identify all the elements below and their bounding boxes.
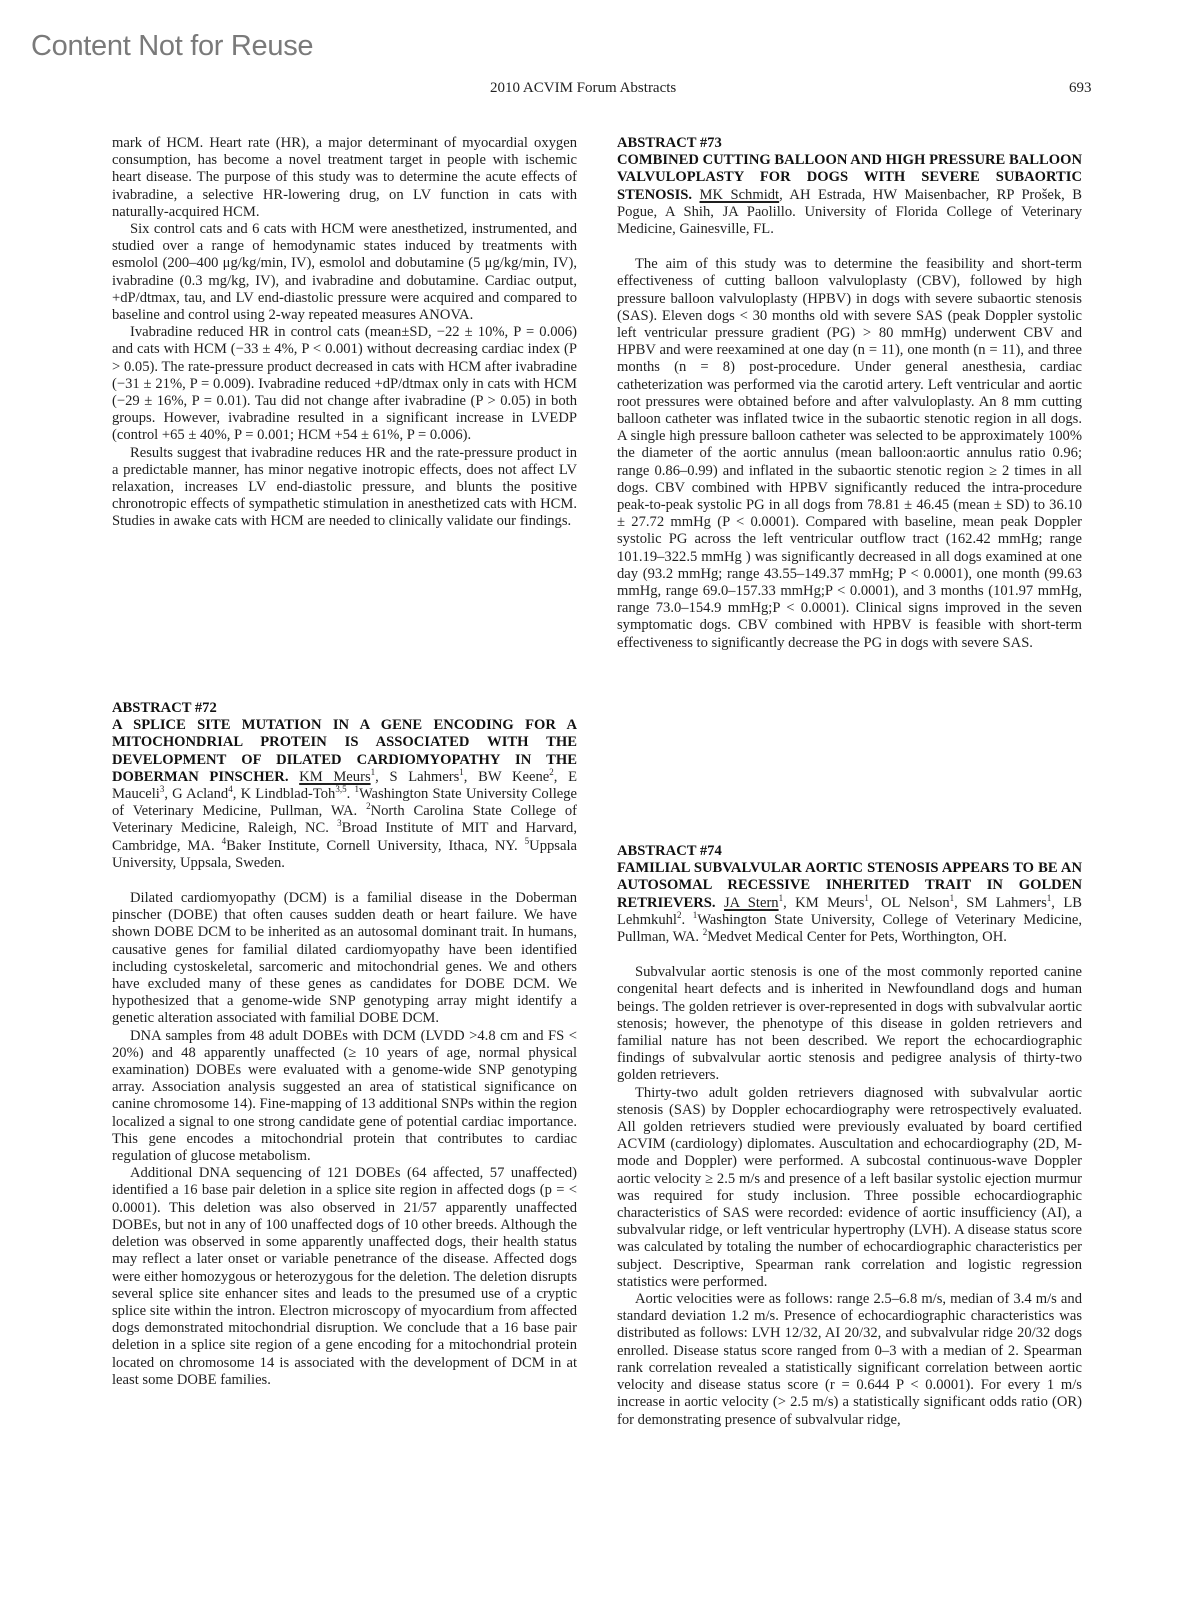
- paragraph: The aim of this study was to determine t…: [617, 256, 1082, 652]
- affiliation-marker: 1: [864, 893, 869, 903]
- affiliation-marker: 2: [677, 910, 682, 920]
- presenting-author: JA Stern: [724, 895, 779, 911]
- continued-abstract: mark of HCM. Heart rate (HR), a major de…: [112, 135, 577, 531]
- affiliation-marker: 1: [950, 893, 955, 903]
- affiliation: Baker Institute, Cornell University, Ith…: [226, 838, 518, 854]
- affiliation-marker: 1: [371, 767, 376, 777]
- paragraph: mark of HCM. Heart rate (HR), a major de…: [112, 135, 577, 221]
- author: OL Nelson: [881, 895, 950, 911]
- affiliation-marker: 3,5: [335, 784, 346, 794]
- affiliation-marker: 2: [549, 767, 554, 777]
- paragraph: DNA samples from 48 adult DOBEs with DCM…: [112, 1028, 577, 1166]
- paragraph: Thirty-two adult golden retrievers diagn…: [617, 1085, 1082, 1291]
- affiliation: Medvet Medical Center for Pets, Worthing…: [707, 929, 1007, 945]
- abstract-73: ABSTRACT #73 COMBINED CUTTING BALLOON AN…: [617, 135, 1082, 652]
- abstract-heading: A SPLICE SITE MUTATION IN A GENE ENCODIN…: [112, 717, 577, 872]
- paragraph: Results suggest that ivabradine reduces …: [112, 445, 577, 531]
- author: SM Lahmers: [966, 895, 1047, 911]
- watermark: Content Not for Reuse: [31, 30, 313, 63]
- author: G Acland: [172, 786, 228, 802]
- abstract-74: ABSTRACT #74 FAMILIAL SUBVALVULAR AORTIC…: [617, 843, 1082, 1429]
- author: K Lindblad-Toh: [241, 786, 336, 802]
- paragraph: Dilated cardiomyopathy (DCM) is a famili…: [112, 890, 577, 1028]
- abstract-number: ABSTRACT #73: [617, 135, 1082, 152]
- affiliation-marker: 1: [459, 767, 464, 777]
- affiliation-marker: 1: [1047, 893, 1052, 903]
- affiliation-marker: 4: [228, 784, 233, 794]
- abstract-72: ABSTRACT #72 A SPLICE SITE MUTATION IN A…: [112, 700, 577, 1389]
- running-header: 2010 ACVIM Forum Abstracts 693: [0, 80, 1200, 100]
- author: KM Meurs: [795, 895, 864, 911]
- presenting-author: KM Meurs: [299, 769, 370, 785]
- author: S Lahmers: [389, 769, 459, 785]
- abstract-number: ABSTRACT #72: [112, 700, 577, 717]
- presenting-author: MK Schmidt: [700, 187, 780, 203]
- journal-title: 2010 ACVIM Forum Abstracts: [490, 80, 676, 97]
- abstract-heading: FAMILIAL SUBVALVULAR AORTIC STENOSIS APP…: [617, 860, 1082, 946]
- paragraph: Ivabradine reduced HR in control cats (m…: [112, 324, 577, 444]
- affiliation-marker: 1: [779, 893, 784, 903]
- abstract-number: ABSTRACT #74: [617, 843, 1082, 860]
- paragraph: Subvalvular aortic stenosis is one of th…: [617, 964, 1082, 1084]
- page-number: 693: [1069, 80, 1092, 97]
- paragraph: Additional DNA sequencing of 121 DOBEs (…: [112, 1165, 577, 1389]
- abstract-heading: COMBINED CUTTING BALLOON AND HIGH PRESSU…: [617, 152, 1082, 238]
- affiliation-marker: 3: [160, 784, 165, 794]
- author: BW Keene: [478, 769, 549, 785]
- paragraph: Six control cats and 6 cats with HCM wer…: [112, 221, 577, 324]
- paragraph: Aortic velocities were as follows: range…: [617, 1291, 1082, 1429]
